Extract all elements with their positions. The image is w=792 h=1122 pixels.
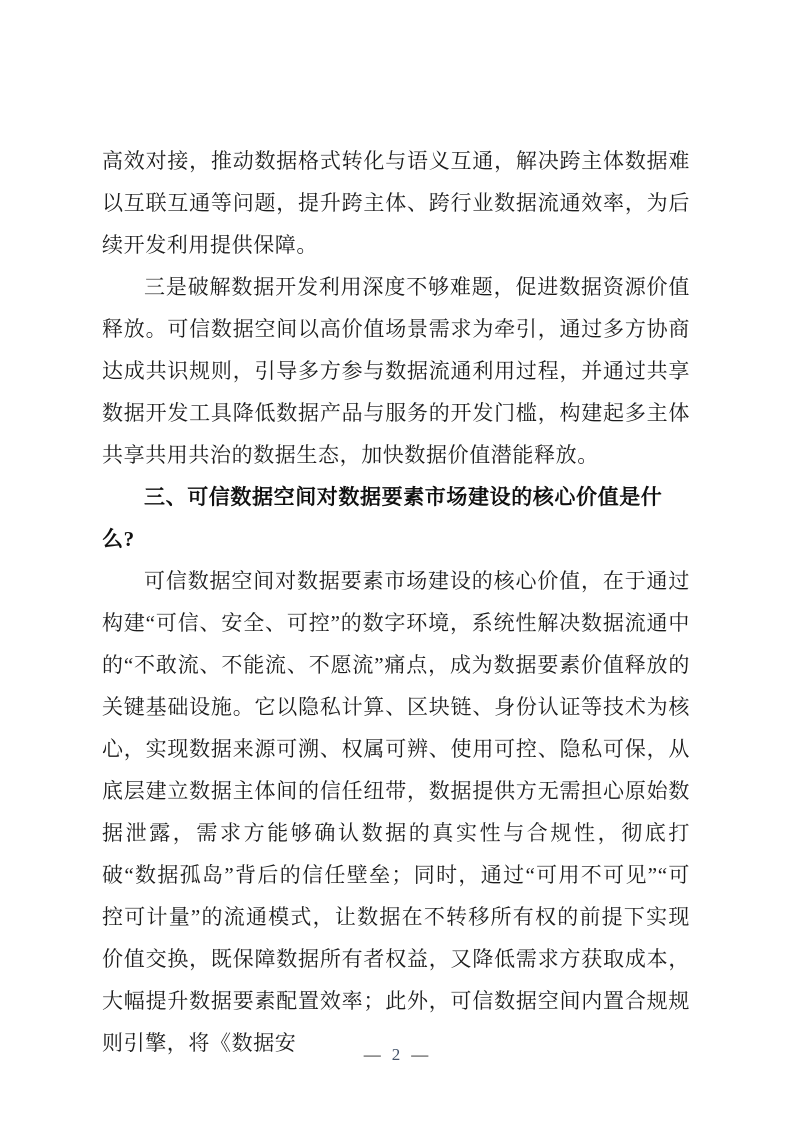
paragraph-continuation: 高效对接，推动数据格式转化与语义互通，解决跨主体数据难以互联互通等问题，提升跨主…	[102, 140, 690, 266]
page-footer: — 2 —	[0, 1042, 792, 1068]
page-number-right-dash: —	[411, 1042, 428, 1068]
page-number: 2	[392, 1042, 401, 1068]
paragraph-point-three: 三是破解数据开发利用深度不够难题，促进数据资源价值释放。可信数据空间以高价值场景…	[102, 266, 690, 476]
paragraph-core-value: 可信数据空间对数据要素市场建设的核心价值，在于通过构建“可信、安全、可控”的数字…	[102, 560, 690, 1064]
page-number-left-dash: —	[364, 1042, 381, 1068]
section-heading: 三、可信数据空间对数据要素市场建设的核心价值是什么?	[102, 476, 690, 560]
document-body: 高效对接，推动数据格式转化与语义互通，解决跨主体数据难以互联互通等问题，提升跨主…	[102, 140, 690, 1064]
document-page: 高效对接，推动数据格式转化与语义互通，解决跨主体数据难以互联互通等问题，提升跨主…	[0, 0, 792, 1122]
